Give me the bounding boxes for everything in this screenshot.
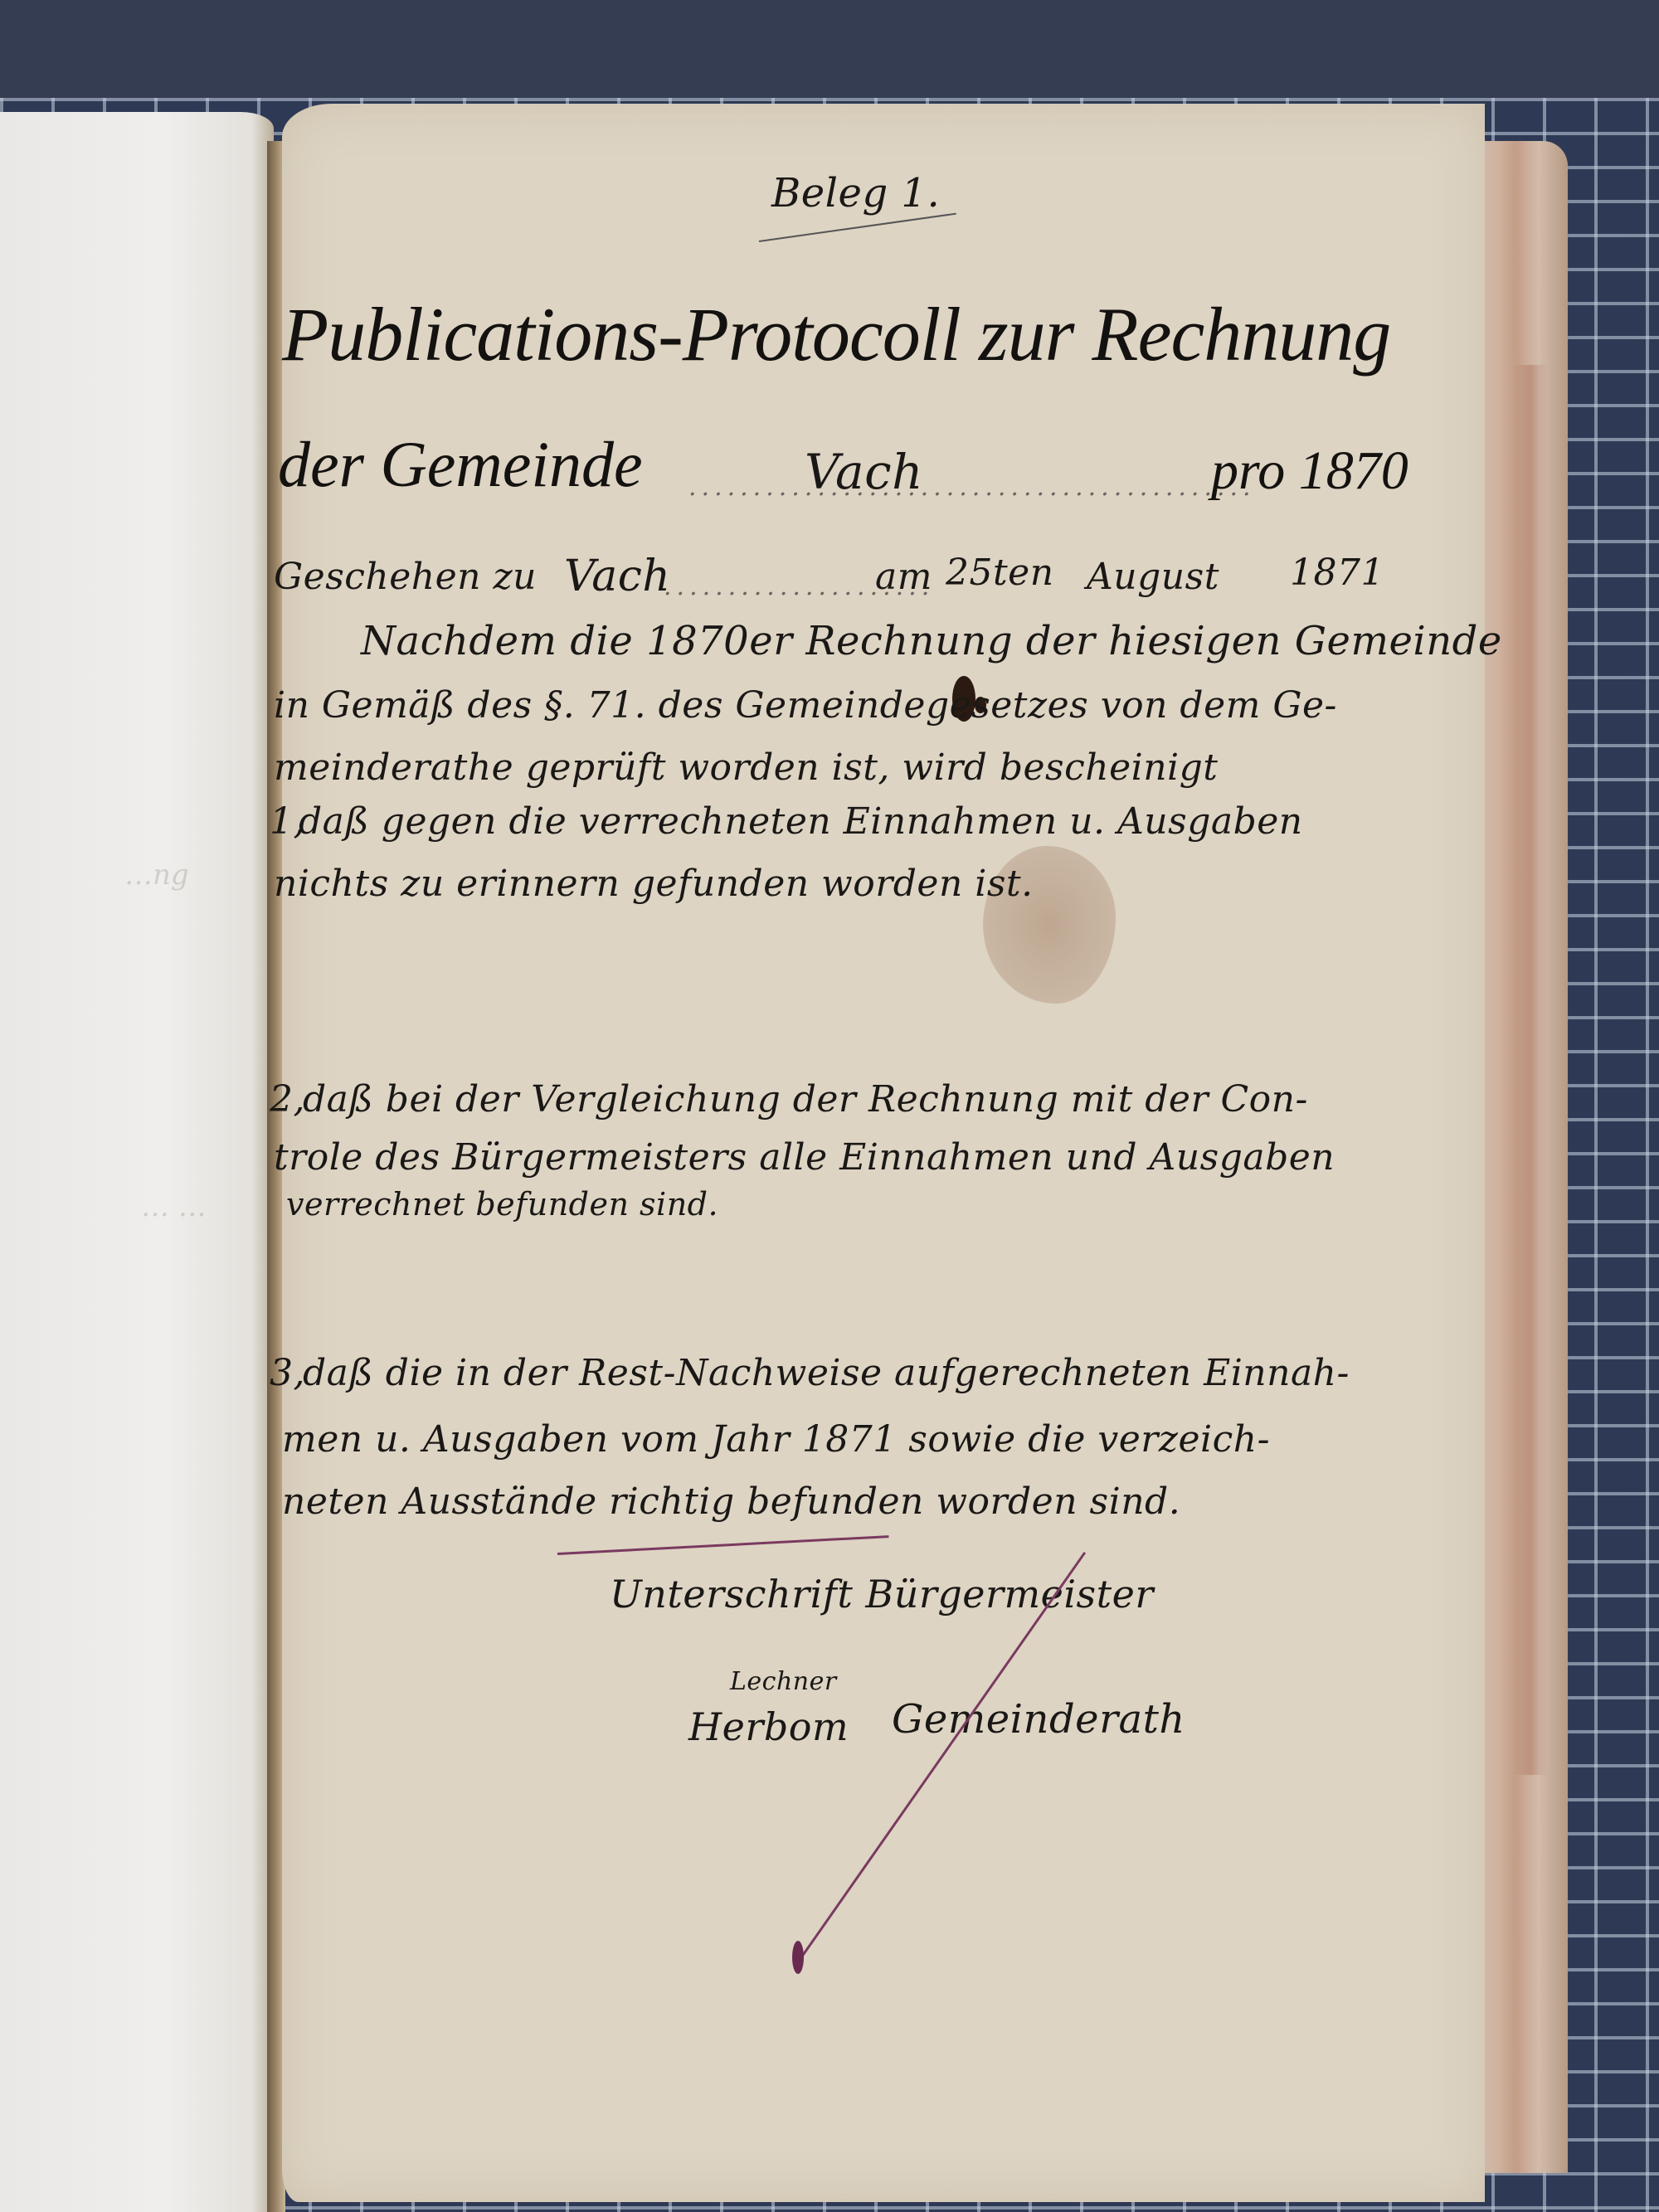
fill-dots: ........................................… bbox=[688, 473, 1256, 502]
point-line: nichts zu erinnern gefunden worden ist. bbox=[274, 863, 1034, 905]
council-signature-name: Herbom bbox=[688, 1704, 849, 1749]
place-name: Vach bbox=[564, 552, 670, 601]
left-page-bleed-text: … … bbox=[141, 1190, 207, 1223]
purple-ink-blot bbox=[792, 1941, 804, 1974]
point-line: daß die in der Rest-Nachweise aufgerechn… bbox=[303, 1352, 1350, 1394]
point-line: neten Ausstände richtig befunden worden … bbox=[282, 1480, 1180, 1523]
point-line: daß gegen die verrechneten Einnahmen u. … bbox=[299, 800, 1303, 843]
point-line: daß bei der Vergleichung der Rechnung mi… bbox=[303, 1078, 1308, 1121]
left-page-bleed-text: …ng bbox=[124, 858, 189, 892]
mayor-signature-line: Unterschrift Bürgermeister bbox=[610, 1572, 1154, 1616]
point-line: trole des Bürgermeisters alle Einnahmen … bbox=[274, 1136, 1335, 1179]
year-label: pro 1870 bbox=[1211, 440, 1408, 503]
date-day: 25ten bbox=[946, 552, 1054, 594]
edge-stain bbox=[1514, 365, 1547, 1775]
document-title: Publications-Protocoll zur Rechnung bbox=[282, 290, 1390, 378]
date-prefix: am bbox=[875, 556, 932, 598]
left-page-blank: …ng … … bbox=[0, 112, 274, 2212]
date-year: 1871 bbox=[1290, 552, 1384, 594]
point-number: 3, bbox=[270, 1352, 305, 1394]
council-label: Gemeinderath bbox=[892, 1696, 1185, 1743]
point-line: verrechnet befunden sind. bbox=[286, 1186, 718, 1223]
gemeinde-label: der Gemeinde bbox=[278, 427, 643, 502]
intro-line: meinderathe geprüft worden ist, wird bes… bbox=[274, 746, 1218, 789]
point-number: 2, bbox=[270, 1078, 305, 1121]
council-signature-small: Lechner bbox=[730, 1667, 837, 1696]
point-line: men u. Ausgaben vom Jahr 1871 sowie die … bbox=[282, 1418, 1270, 1461]
intro-line: Nachdem die 1870er Rechnung der hiesigen… bbox=[361, 618, 1502, 664]
annotation-beleg: Beleg 1. bbox=[771, 170, 940, 216]
intro-line: in Gemäß des §. 71. des Gemeindegesetzes… bbox=[274, 684, 1337, 727]
place-prefix: Geschehen zu bbox=[274, 556, 537, 598]
date-month: August bbox=[1087, 556, 1219, 598]
mat-top-strip bbox=[0, 0, 1659, 98]
